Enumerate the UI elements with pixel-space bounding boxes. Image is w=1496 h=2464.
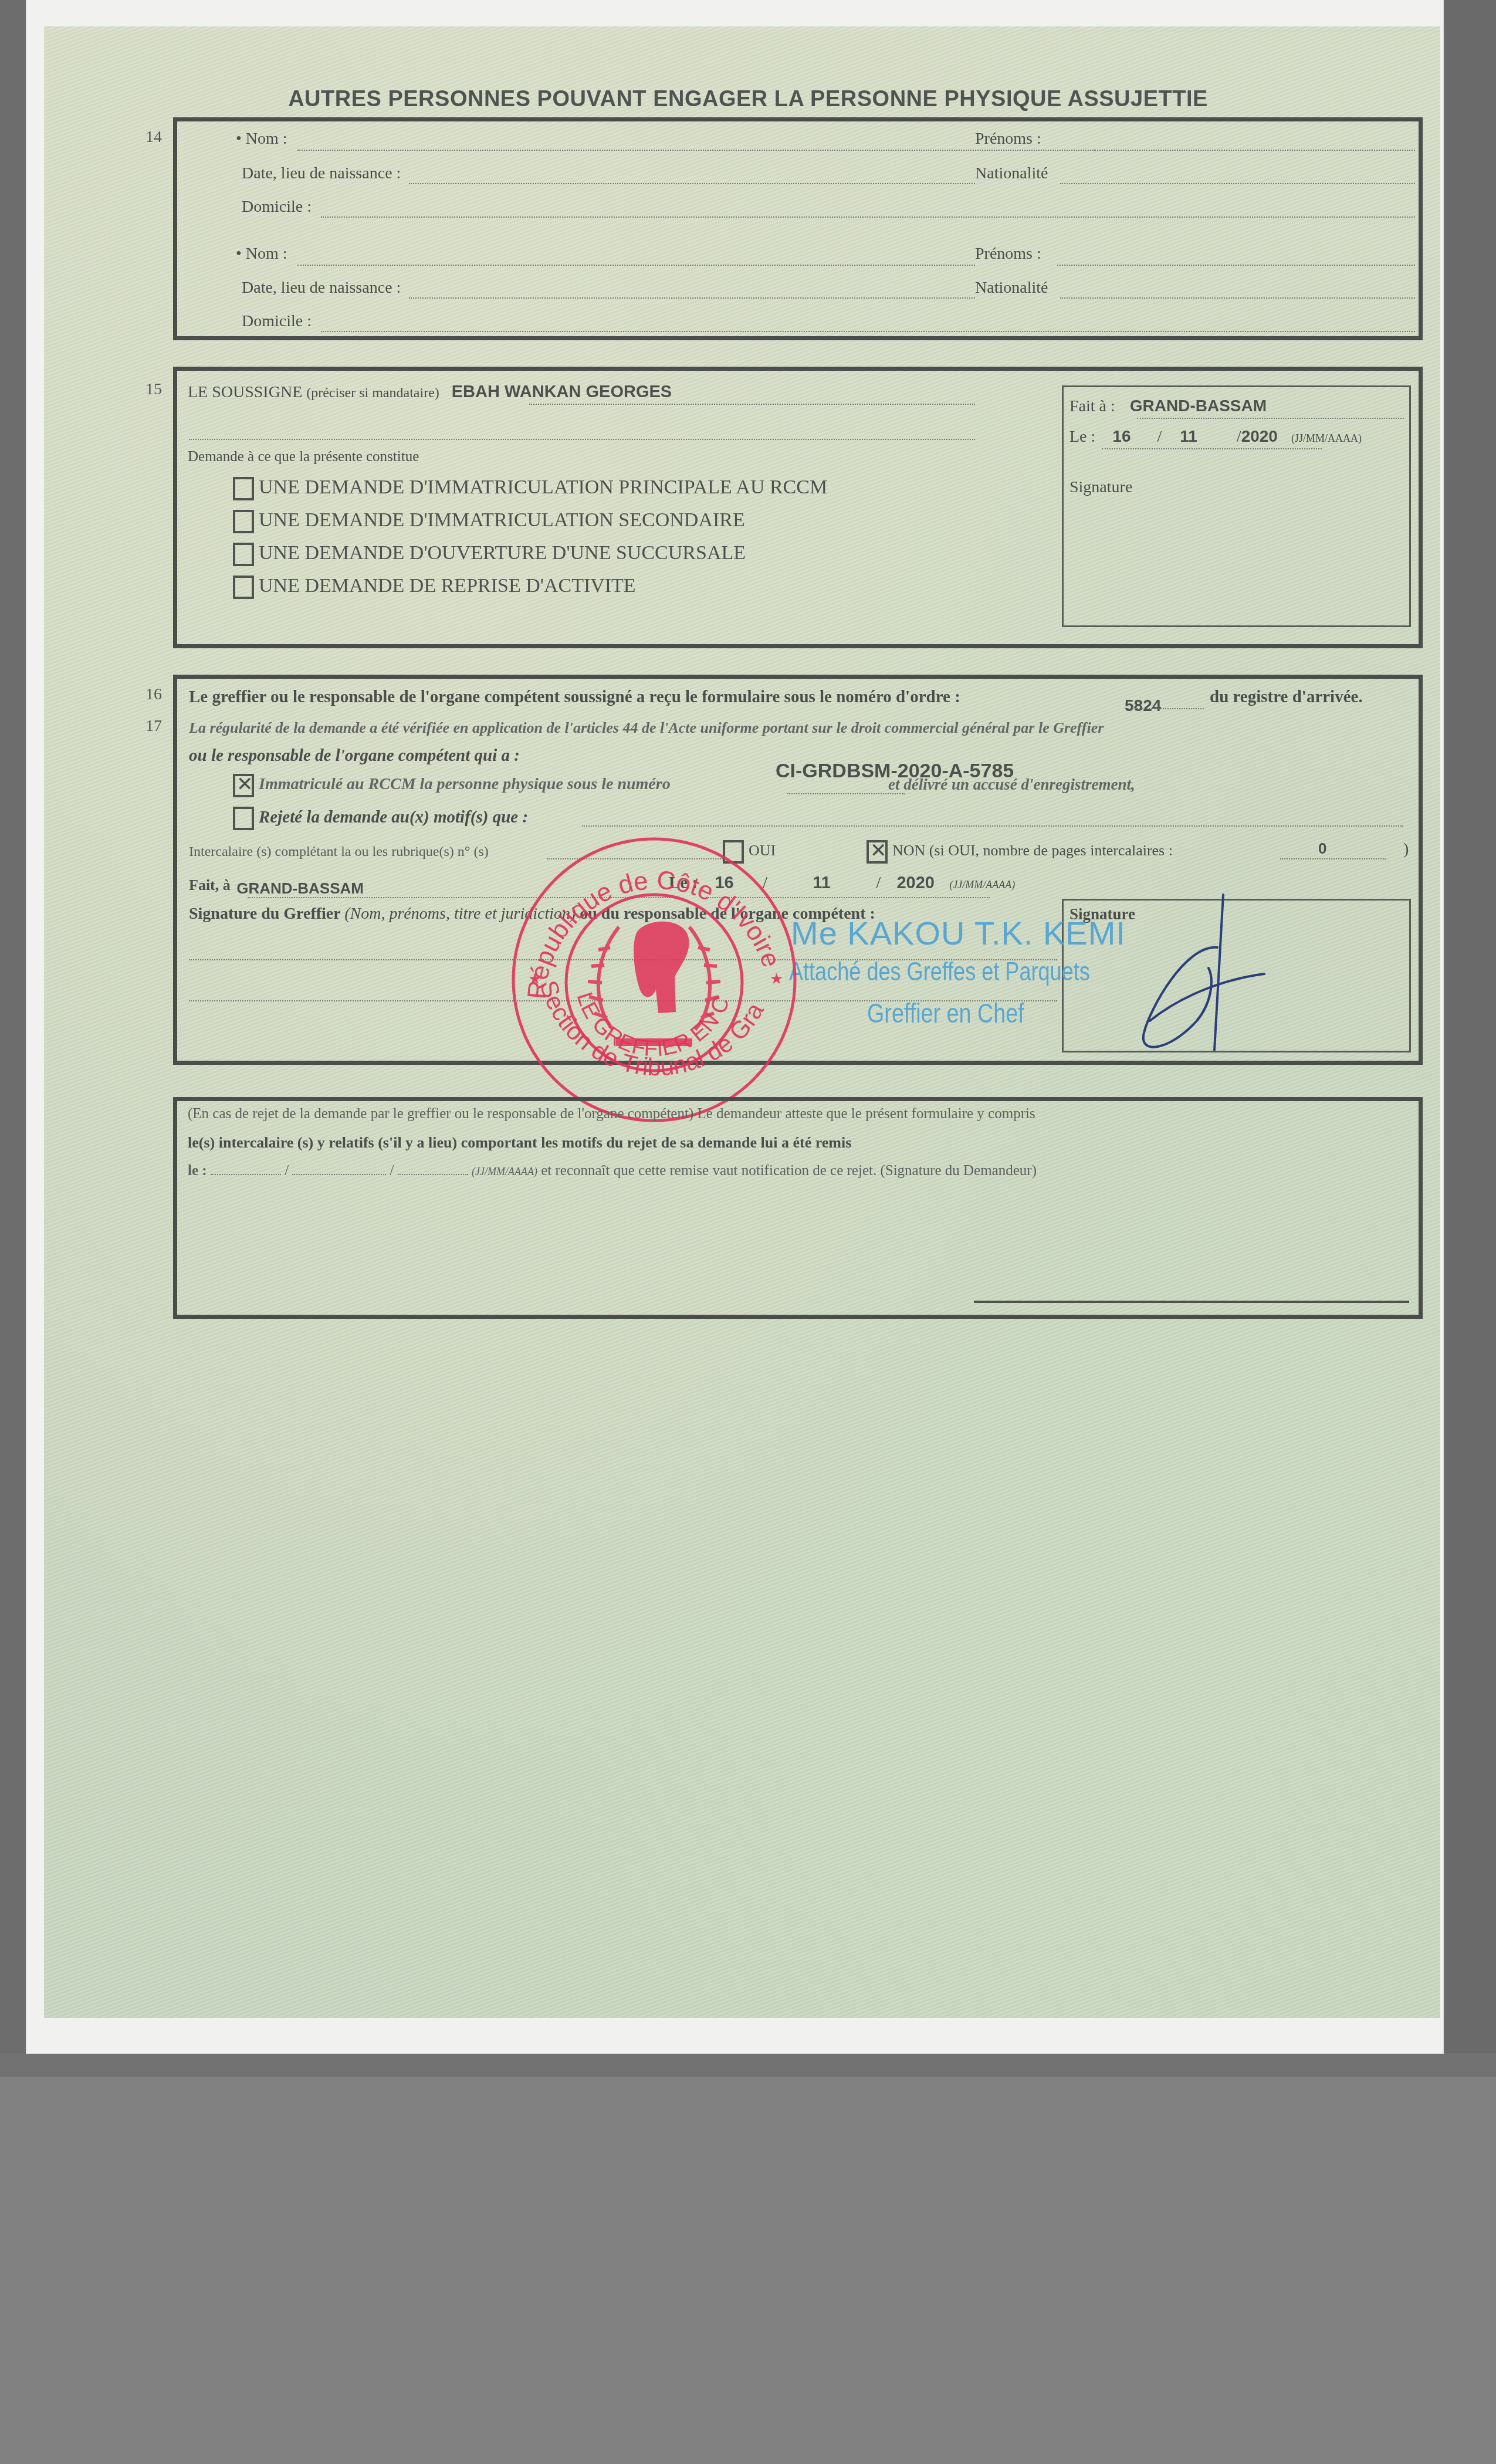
option-immatriculation-secondaire[interactable]: UNE DEMANDE D'IMMATRICULATION SECONDAIRE xyxy=(233,509,745,533)
intercalaire-label: Intercalaire (s) complétant la ou les ru… xyxy=(189,844,489,860)
regularite-line-b: ou le responsable de l'organe compétent … xyxy=(189,746,520,766)
rejet-date-format: (JJ/MM/AAAA) xyxy=(472,1166,537,1177)
rejete-motif-line[interactable] xyxy=(582,825,1403,827)
date-day[interactable]: 16 xyxy=(1112,427,1131,445)
nom-field-2[interactable] xyxy=(297,265,975,266)
svg-text:★: ★ xyxy=(528,970,541,987)
demande-label: Demande à ce que la présente constitue xyxy=(188,449,419,465)
nationalite-label-1: Nationalité xyxy=(975,164,1048,183)
soussigne-field-line-2 xyxy=(189,439,975,440)
reception-text: Le greffier ou le responsable de l'organ… xyxy=(189,688,960,706)
soussigne-field-line xyxy=(529,404,975,405)
ordre-number[interactable]: 5824 xyxy=(1125,696,1161,715)
reception-line: Le greffier ou le responsable de l'organ… xyxy=(189,688,960,707)
scan-edge-left xyxy=(0,0,26,2077)
checkbox-ouverture-succursale[interactable] xyxy=(233,543,254,566)
rejet-line-3: et reconnaît que cette remise vaut notif… xyxy=(541,1163,1037,1179)
rejet-box: (En cas de rejet de la demande par le gr… xyxy=(173,1097,1423,1319)
scan-edge-right xyxy=(1444,0,1496,2077)
rccm-line xyxy=(787,793,905,794)
rejet-date-row: le : / / (JJ/MM/AAAA) et reconnaît que c… xyxy=(188,1163,1037,1179)
domicile-field-1[interactable] xyxy=(321,216,1415,218)
checkbox-reprise-activite[interactable] xyxy=(233,576,254,599)
soussigne-value[interactable]: EBAH WANKAN GEORGES xyxy=(452,383,672,401)
regularite-line-a: La régularité de la demande a été vérifi… xyxy=(189,719,1104,737)
naissance-label-2: Date, lieu de naissance : xyxy=(242,279,401,297)
rejete-option[interactable]: Rejeté la demande au(x) motif(s) que : xyxy=(233,807,528,830)
fait-row-16: Fait, à GRAND-BASSAM xyxy=(189,876,364,894)
nationalite-label-2: Nationalité xyxy=(975,279,1048,297)
rejet-year-field[interactable] xyxy=(398,1174,468,1175)
signature-box-15: Fait à : GRAND-BASSAM Le : 16 / 11 /2020… xyxy=(1062,385,1411,627)
section-14-box: • Nom : Prénoms : Date, lieu de naissanc… xyxy=(173,117,1423,340)
soussigne-hint: (préciser si mandataire) xyxy=(306,385,439,401)
close-paren: ) xyxy=(1403,840,1409,859)
svg-text:★: ★ xyxy=(770,970,783,987)
nom-field-1[interactable] xyxy=(297,150,1095,151)
option-label: UNE DEMANDE DE REPRISE D'ACTIVITE xyxy=(259,575,636,597)
ordre-line xyxy=(1125,708,1204,709)
date-separator: / xyxy=(390,1163,394,1179)
date-line xyxy=(1102,448,1322,449)
demandeur-signature-line[interactable] xyxy=(974,1301,1409,1303)
date-separator: / xyxy=(285,1163,289,1179)
fait-a-value[interactable]: GRAND-BASSAM xyxy=(1130,397,1267,415)
date-row-15: Le : 16 / 11 /2020 (JJ/MM/AAAA) xyxy=(1069,427,1362,446)
option-label: UNE DEMANDE D'IMMATRICULATION PRINCIPALE… xyxy=(259,476,827,498)
pages-intercalaires-value[interactable]: 0 xyxy=(1318,840,1326,858)
fait-a-label: Fait à : xyxy=(1069,397,1115,415)
fait-label-16: Fait, à xyxy=(189,876,231,893)
accuse-label: et délivré un accusé d'enregistrement, xyxy=(888,776,1135,794)
prenoms-field-1[interactable] xyxy=(1057,150,1415,151)
scan-edge-bottom xyxy=(0,2053,1496,2077)
rejet-line-1: (En cas de rejet de la demande par le gr… xyxy=(188,1106,1035,1122)
domicile-label-1: Domicile : xyxy=(242,198,312,216)
official-seal-stamp: République de Côte d'Ivoire Section de T… xyxy=(505,830,804,1129)
section-15-box: LE SOUSSIGNE (préciser si mandataire) EB… xyxy=(173,367,1423,648)
domicile-label-2: Domicile : xyxy=(242,312,312,331)
option-label: UNE DEMANDE D'OUVERTURE D'UNE SUCCURSALE xyxy=(259,542,746,564)
immatricule-option[interactable]: Immatriculé au RCCM la personne physique… xyxy=(233,774,671,797)
immatricule-label: Immatriculé au RCCM la personne physique… xyxy=(259,775,671,793)
option-ouverture-succursale[interactable]: UNE DEMANDE D'OUVERTURE D'UNE SUCCURSALE xyxy=(233,542,746,566)
option-immatriculation-principale[interactable]: UNE DEMANDE D'IMMATRICULATION PRINCIPALE… xyxy=(233,476,827,500)
nationalite-field-2[interactable] xyxy=(1060,297,1415,299)
date-format: (JJ/MM/AAAA) xyxy=(1291,432,1362,444)
checkbox-immatriculation-secondaire[interactable] xyxy=(233,510,254,533)
prenoms-field-2[interactable] xyxy=(1057,265,1415,266)
nom-label-2: • Nom : xyxy=(236,245,287,263)
fait-a-line xyxy=(1137,418,1404,419)
section-number-14: 14 xyxy=(145,128,162,147)
nationalite-field-1[interactable] xyxy=(1060,183,1415,184)
rejet-le-label: le : xyxy=(188,1163,207,1179)
fait-a-row: Fait à : GRAND-BASSAM xyxy=(1069,397,1267,416)
section-number-16: 16 xyxy=(145,685,162,704)
checkbox-immatricule[interactable] xyxy=(233,774,254,797)
date-year[interactable]: 2020 xyxy=(1241,427,1278,445)
non-option[interactable]: NON (si OUI, nombre de pages intercalair… xyxy=(867,840,1173,864)
option-reprise-activite[interactable]: UNE DEMANDE DE REPRISE D'ACTIVITE xyxy=(233,575,636,599)
section-number-15: 15 xyxy=(145,380,162,399)
handwritten-signature xyxy=(1115,892,1279,1068)
rejete-label: Rejeté la demande au(x) motif(s) que : xyxy=(259,808,528,827)
domicile-field-2[interactable] xyxy=(321,331,1415,332)
checkbox-non[interactable] xyxy=(867,840,888,864)
naissance-label-1: Date, lieu de naissance : xyxy=(242,164,401,183)
nom-label-1: • Nom : xyxy=(236,130,287,148)
option-label: UNE DEMANDE D'IMMATRICULATION SECONDAIRE xyxy=(259,509,745,531)
checkbox-immatriculation-principale[interactable] xyxy=(233,477,254,500)
naissance-field-2[interactable] xyxy=(409,297,975,299)
date-month[interactable]: 11 xyxy=(1180,427,1197,445)
registre-label: du registre d'arrivée. xyxy=(1210,688,1363,707)
page-title: AUTRES PERSONNES POUVANT ENGAGER LA PERS… xyxy=(0,87,1496,112)
section-number-17: 17 xyxy=(145,717,162,736)
date-format-16: (JJ/MM/AAAA) xyxy=(949,879,1015,891)
signature-greffier-label: Signature du Greffier xyxy=(189,905,340,923)
prenoms-label-1: Prénoms : xyxy=(975,130,1041,148)
checkbox-rejete[interactable] xyxy=(233,807,254,830)
pages-line xyxy=(1280,858,1386,859)
non-label: NON (si OUI, nombre de pages intercalair… xyxy=(892,842,1173,859)
officer-title-stamp: Attaché des Greffes et Parquets xyxy=(789,957,1090,987)
officer-role-stamp: Greffier en Chef xyxy=(867,997,1024,1029)
rejet-day-field[interactable] xyxy=(211,1174,281,1175)
fait-value-16[interactable]: GRAND-BASSAM xyxy=(236,879,364,897)
date-year-16[interactable]: 2020 xyxy=(896,874,935,892)
le-label: Le : xyxy=(1069,428,1095,446)
date-month-16[interactable]: 11 xyxy=(813,874,831,892)
prenoms-label-2: Prénoms : xyxy=(975,245,1041,263)
rejet-line-2: le(s) intercalaire (s) y relatifs (s'il … xyxy=(188,1134,851,1152)
soussigne-row: LE SOUSSIGNE (préciser si mandataire) EB… xyxy=(188,383,672,402)
signature-label-15: Signature xyxy=(1069,478,1132,497)
soussigne-label: LE SOUSSIGNE xyxy=(188,383,302,401)
officer-name-stamp: Me KAKOU T.K. KEMI xyxy=(791,914,1126,952)
naissance-field-1[interactable] xyxy=(409,183,975,184)
rejet-month-field[interactable] xyxy=(292,1174,386,1175)
